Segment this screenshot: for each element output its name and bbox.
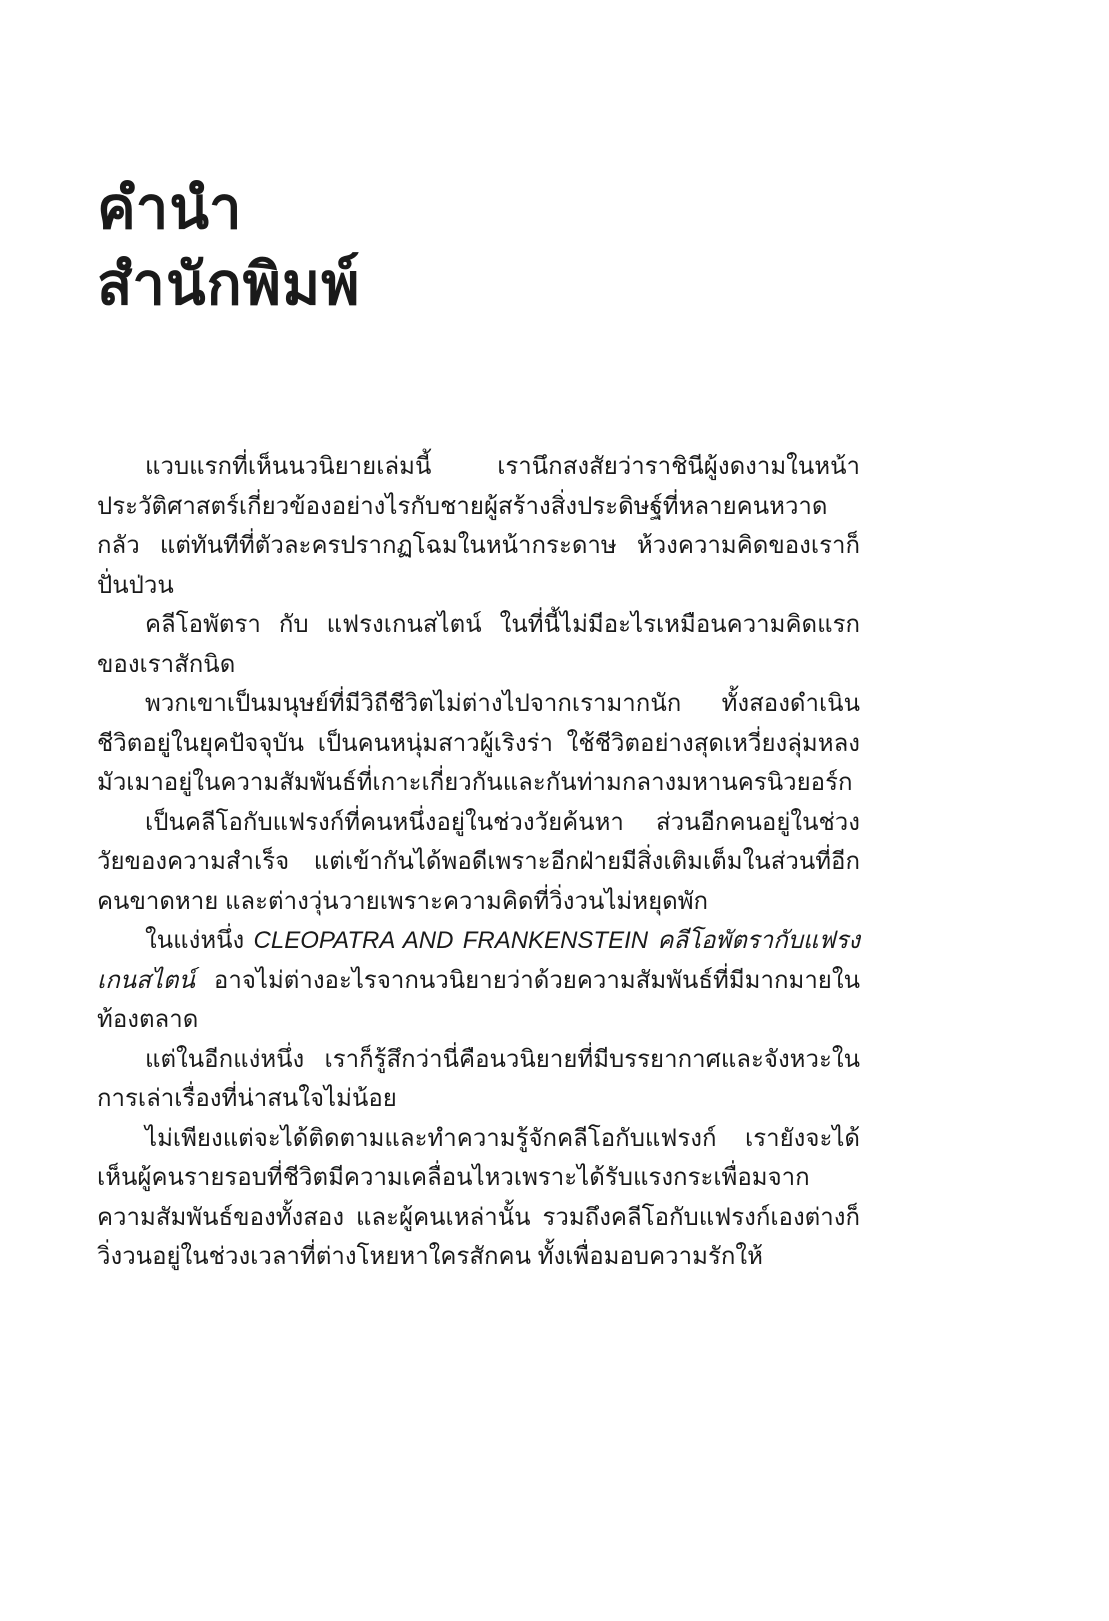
paragraph-5-suffix: อาจไม่ต่างอะไรจากนวนิยายว่าด้วยความสัมพั… — [97, 967, 860, 1034]
paragraph-3: พวกเขาเป็นมนุษย์ที่มีวิถีชีวิตไม่ต่างไปจ… — [97, 684, 860, 803]
page-title: คำนำ สำนักพิมพ์ — [97, 170, 360, 322]
document-page: คำนำ สำนักพิมพ์ แวบแรกที่เห็นนวนิยายเล่ม… — [0, 0, 1109, 1621]
paragraph-4: เป็นคลีโอกับแฟรงก์ที่คนหนึ่งอยู่ในช่วงวั… — [97, 803, 860, 922]
title-line-2: สำนักพิมพ์ — [97, 246, 360, 322]
paragraph-7: ไม่เพียงแต่จะได้ติดตามและทำความรู้จักคลี… — [97, 1119, 860, 1277]
title-line-1: คำนำ — [97, 170, 360, 246]
paragraph-5-prefix: ในแง่หนึ่ง — [145, 927, 254, 954]
paragraph-1: แวบแรกที่เห็นนวนิยายเล่มนี้ เรานึกสงสัยว… — [97, 447, 860, 605]
paragraph-6: แต่ในอีกแง่หนึ่ง เราก็รู้สึกว่านี่คือนวน… — [97, 1040, 860, 1119]
paragraph-5: ในแง่หนึ่ง CLEOPATRA AND FRANKENSTEIN คล… — [97, 921, 860, 1040]
paragraph-2: คลีโอพัตรา กับ แฟรงเกนสไตน์ ในที่นี้ไม่ม… — [97, 605, 860, 684]
body-text: แวบแรกที่เห็นนวนิยายเล่มนี้ เรานึกสงสัยว… — [97, 447, 860, 1277]
